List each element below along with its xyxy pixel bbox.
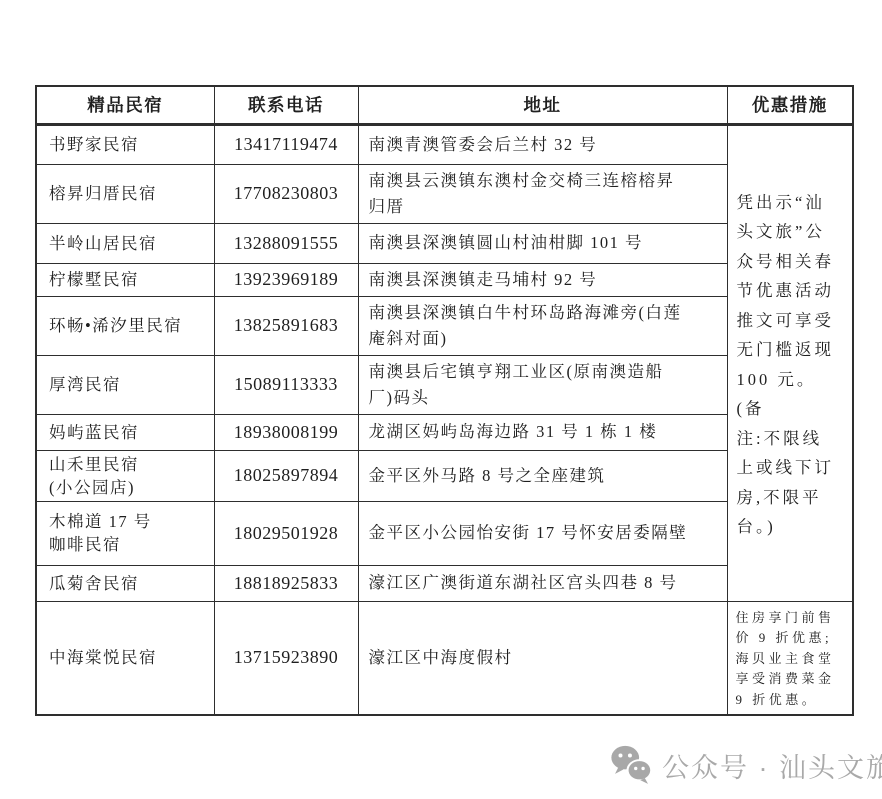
- discount-note-shared: 凭出示“汕 头文旅”公 众号相关春 节优惠活动 推文可享受 无门槛返现 100 …: [727, 124, 853, 601]
- watermark: 公众号 · 汕头文旅: [610, 742, 882, 788]
- table-row: 书野家民宿 13417119474 南澳青澳管委会后兰村 32 号 凭出示“汕 …: [36, 124, 853, 164]
- homestay-name: 半岭山居民宿: [36, 223, 214, 263]
- col-header-phone: 联系电话: [214, 86, 358, 124]
- homestay-table: 精品民宿 联系电话 地址 优惠措施 书野家民宿 13417119474 南澳青澳…: [35, 85, 854, 716]
- homestay-name: 厚湾民宿: [36, 355, 214, 414]
- homestay-phone: 13288091555: [214, 223, 358, 263]
- homestay-phone: 13417119474: [214, 124, 358, 164]
- wechat-icon: [610, 744, 652, 786]
- col-header-name: 精品民宿: [36, 86, 214, 124]
- header-row: 精品民宿 联系电话 地址 优惠措施: [36, 86, 853, 124]
- homestay-name: 书野家民宿: [36, 124, 214, 164]
- discount-note-last-row: 住房享门前售 价 9 折优惠; 海贝业主食堂 享受消费菜金 9 折优惠。: [727, 601, 853, 715]
- homestay-phone: 13825891683: [214, 296, 358, 355]
- homestay-name: 柠檬墅民宿: [36, 263, 214, 296]
- homestay-name: 环畅•浠汐里民宿: [36, 296, 214, 355]
- col-header-address: 地址: [358, 86, 727, 124]
- homestay-phone: 17708230803: [214, 164, 358, 223]
- homestay-phone: 18818925833: [214, 565, 358, 601]
- homestay-phone: 13923969189: [214, 263, 358, 296]
- homestay-address: 龙湖区妈屿岛海边路 31 号 1 栋 1 楼: [358, 414, 727, 450]
- watermark-label: 公众号 · 汕头文旅: [662, 746, 882, 785]
- homestay-address: 濠江区中海度假村: [358, 601, 727, 715]
- homestay-name: 中海棠悦民宿: [36, 601, 214, 715]
- homestay-address: 金平区小公园怡安街 17 号怀安居委隔壁: [358, 501, 727, 565]
- homestay-phone: 18025897894: [214, 450, 358, 501]
- homestay-phone: 18029501928: [214, 501, 358, 565]
- homestay-address: 南澳县云澳镇东澳村金交椅三连榕榕昇 归厝: [358, 164, 727, 223]
- homestay-name: 木棉道 17 号 咖啡民宿: [36, 501, 214, 565]
- homestay-address: 南澳县深澳镇圆山村油柑脚 101 号: [358, 223, 727, 263]
- homestay-name: 榕昇归厝民宿: [36, 164, 214, 223]
- table-row: 中海棠悦民宿 13715923890 濠江区中海度假村 住房享门前售 价 9 折…: [36, 601, 853, 715]
- homestay-address: 金平区外马路 8 号之全座建筑: [358, 450, 727, 501]
- homestay-phone: 13715923890: [214, 601, 358, 715]
- homestay-name: 妈屿蓝民宿: [36, 414, 214, 450]
- col-header-discount: 优惠措施: [727, 86, 853, 124]
- homestay-name: 瓜菊舍民宿: [36, 565, 214, 601]
- homestay-phone: 15089113333: [214, 355, 358, 414]
- homestay-address: 南澳县深澳镇白牛村环岛路海滩旁(白莲 庵斜对面): [358, 296, 727, 355]
- page: 精品民宿 联系电话 地址 优惠措施 书野家民宿 13417119474 南澳青澳…: [0, 0, 882, 799]
- homestay-address: 南澳县后宅镇亨翔工业区(原南澳造船 厂)码头: [358, 355, 727, 414]
- homestay-name: 山禾里民宿 (小公园店): [36, 450, 214, 501]
- homestay-address: 濠江区广澳街道东湖社区宫头四巷 8 号: [358, 565, 727, 601]
- homestay-phone: 18938008199: [214, 414, 358, 450]
- homestay-address: 南澳县深澳镇走马埔村 92 号: [358, 263, 727, 296]
- homestay-address: 南澳青澳管委会后兰村 32 号: [358, 124, 727, 164]
